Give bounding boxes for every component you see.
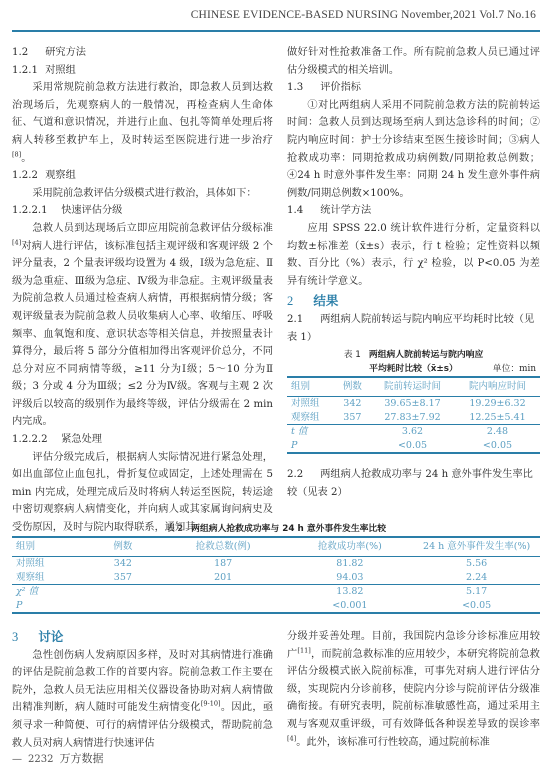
watermark: 万方数据 bbox=[59, 752, 103, 765]
citation: [9-10] bbox=[201, 700, 221, 708]
section-heading-2-1: 2.1 两组病人院前转运与院内响应平均耗时比较（见表 1） bbox=[287, 311, 540, 346]
table-row: 观察组35727.83±7.9212.25±5.41 bbox=[287, 411, 540, 425]
table-row: 观察组35720194.032.24 bbox=[12, 571, 540, 585]
section-heading-1-2-2: 1.2.2 观察组 bbox=[12, 167, 273, 185]
paragraph-rapid-assessment: 急救人员到达现场后立即应用院前急救评估分级标准[4]对病人进行评估，该标准包括主… bbox=[12, 220, 273, 431]
citation: [11] bbox=[297, 646, 310, 654]
table-2-grid: 组别 例数 抢救总数(例) 抢救成功率(%) 24 h 意外事件发生率(%) 对… bbox=[12, 536, 540, 614]
table-1-caption: 表 1两组病人院前转运与院内响应 bbox=[287, 348, 540, 362]
paragraph-statistics: 应用 SPSS 22.0 统计软件进行分析，定量资料以均数±标准差（x̄±s）表… bbox=[287, 220, 540, 290]
section-heading-2-2: 2.2 两组病人抢救成功率与 24 h 意外事件发生率比较（见表 2） bbox=[287, 466, 540, 501]
table-1: 表 1两组病人院前转运与院内响应 平均耗时比较（x̄±s）单位：min 组别 例… bbox=[287, 348, 540, 454]
section-heading-3-discussion: 3 讨论 bbox=[12, 628, 273, 647]
section-heading-1-2-2-1: 1.2.2.1 快速评估分级 bbox=[12, 202, 273, 220]
table-row: 对照组34218781.825.56 bbox=[12, 557, 540, 571]
table-1-grid: 组别 例数 院前转运时间 院内响应时间 对照组34239.65±8.1719.2… bbox=[287, 376, 540, 454]
table-1-subtitle: 平均耗时比较（x̄±s）单位：min bbox=[287, 362, 540, 376]
right-column: 做好针对性抢救准备工作。所有院前急救人员已通过评估分级模式的相关培训。 1.3 … bbox=[287, 44, 540, 502]
paragraph-discussion-1: 急性创伤病人发病原因多样，及时对其病情进行准确的评估是院前急救工作的首要内容。院… bbox=[12, 647, 273, 753]
table-row-p-value: P<0.05<0.05 bbox=[287, 439, 540, 454]
paragraph-observation-group: 采用院前急救评估分级模式进行救治，具体如下： bbox=[12, 185, 273, 203]
left-column-discussion: 3 讨论 急性创伤病人发病原因多样，及时对其病情进行准确的评估是院前急救工作的首… bbox=[12, 628, 273, 752]
section-heading-1-3: 1.3 评价指标 bbox=[287, 79, 540, 97]
table-1-unit: 单位：min bbox=[493, 362, 536, 376]
left-column: 1.2 研究方法 1.2.1 对照组 采用常规院前急救方法进行救治，即急救人员到… bbox=[12, 44, 273, 537]
table-row-t-value: t 值3.622.48 bbox=[287, 425, 540, 439]
paragraph-continued: 做好针对性抢救准备工作。所有院前急救人员已通过评估分级模式的相关培训。 bbox=[287, 44, 540, 79]
section-heading-1-2: 1.2 研究方法 bbox=[12, 44, 273, 62]
citation: [4] bbox=[12, 238, 21, 246]
paragraph-discussion-2: 分级并妥善处理。目前，我国院内急诊分诊标准应用较广[11]，而院前急救标准的应用… bbox=[287, 628, 540, 751]
paragraph-evaluation-indicators: ①对比两组病人采用不同院前急救方法的院前转运时间：急救人员到达现场至病人到达急诊… bbox=[287, 97, 540, 203]
paragraph-control-group: 采用常规院前急救方法进行救治，即急救人员到达救治现场后，先观察病人的一般情况，再… bbox=[12, 79, 273, 167]
header-rule bbox=[12, 30, 540, 32]
table-row-chi-square: χ² 值13.825.17 bbox=[12, 585, 540, 599]
table-2: 表 2两组病人抢救成功率与 24 h 意外事件发生率比较 组别 例数 抢救总数(… bbox=[12, 522, 540, 614]
table-2-caption: 表 2两组病人抢救成功率与 24 h 意外事件发生率比较 bbox=[12, 522, 540, 536]
table-row-p-value: P<0.001<0.05 bbox=[12, 599, 540, 614]
section-heading-1-2-1: 1.2.1 对照组 bbox=[12, 62, 273, 80]
right-column-discussion: 分级并妥善处理。目前，我国院内急诊分诊标准应用较广[11]，而院前急救标准的应用… bbox=[287, 628, 540, 751]
page-header: CHINESE EVIDENCE-BASED NURSING November,… bbox=[12, 0, 540, 32]
table-row: 对照组34239.65±8.1719.29±6.32 bbox=[287, 397, 540, 411]
citation: [8] bbox=[12, 150, 21, 158]
section-heading-1-2-2-2: 1.2.2.2 紧急处理 bbox=[12, 431, 273, 449]
section-heading-1-4: 1.4 统计学方法 bbox=[287, 202, 540, 220]
section-heading-2-results: 2 结果 bbox=[287, 292, 540, 311]
page-footer: —2232万方数据 bbox=[12, 750, 103, 766]
page-number: 2232 bbox=[28, 754, 53, 765]
citation: [4] bbox=[287, 734, 296, 742]
journal-running-head: CHINESE EVIDENCE-BASED NURSING November,… bbox=[191, 9, 536, 21]
